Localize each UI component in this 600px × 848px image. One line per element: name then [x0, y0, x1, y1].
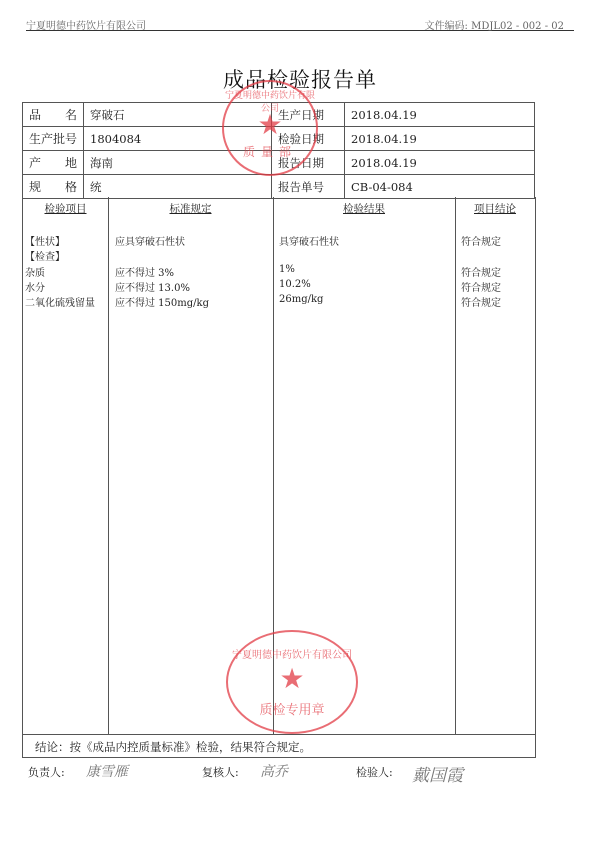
spec-label: 规 格 — [23, 175, 84, 199]
star-icon: ★ — [257, 108, 282, 141]
column-header-standard: 标准规定 — [108, 201, 273, 216]
column-divider — [108, 197, 109, 734]
row-standard: 应具穿破石性状 — [115, 233, 185, 248]
star-icon: ★ — [279, 662, 304, 695]
row-conclusion: 符合规定 — [461, 279, 501, 294]
row-standard: 应不得过 3% — [115, 264, 174, 279]
row-standard: 应不得过 13.0% — [115, 279, 190, 294]
column-header-result: 检验结果 — [273, 201, 455, 216]
row-result: 具穿破石性状 — [279, 233, 339, 248]
test-date-value: 2018.04.19 — [345, 127, 535, 151]
inspector-label: 检验人: — [356, 764, 393, 780]
row-item: 二氧化硫残留量 — [25, 294, 95, 309]
product-name-label: 品 名 — [23, 103, 84, 127]
row-result: 1% — [279, 264, 295, 275]
responsible-label: 负责人: — [28, 764, 65, 780]
quality-dept-stamp: 宁夏明德中药饮片有限公司 ★ 质量部 — [222, 80, 318, 176]
conclusion-text: 结论：按《成品内控质量标准》检验，结果符合规定。 — [35, 739, 311, 755]
inspector-signature: 戴国霞 — [412, 761, 463, 786]
row-item: 【性状】 — [25, 233, 65, 248]
stamp-center-text: 质检专用章 — [228, 699, 356, 718]
production-date-value: 2018.04.19 — [345, 103, 535, 127]
row-item: 【检查】 — [25, 248, 65, 263]
row-result: 26mg/kg — [279, 294, 323, 305]
stamp-ring-text: 宁夏明德中药饮片有限公司 — [228, 646, 356, 661]
reviewer-label: 复核人: — [202, 764, 239, 780]
column-divider — [455, 197, 456, 734]
document-code: 文件编码: MDJL02 - 002 - 02 — [425, 17, 564, 32]
conclusion-row: 结论：按《成品内控质量标准》检验，结果符合规定。 — [22, 734, 536, 758]
column-header-item: 检验项目 — [23, 201, 108, 216]
column-header-conclusion: 项目结论 — [455, 201, 535, 216]
row-item: 杂质 — [25, 264, 45, 279]
report-number-label: 报告单号 — [272, 175, 345, 199]
row-conclusion: 符合规定 — [461, 233, 501, 248]
stamp-center-text: 质量部 — [224, 143, 316, 160]
report-number-value: CB-04-084 — [345, 175, 535, 199]
row-conclusion: 符合规定 — [461, 294, 501, 309]
qc-seal-stamp: 宁夏明德中药饮片有限公司 ★ 质检专用章 — [226, 630, 358, 734]
company-name: 宁夏明德中药饮片有限公司 — [26, 17, 146, 32]
report-date-value: 2018.04.19 — [345, 151, 535, 175]
row-item: 水分 — [25, 279, 45, 294]
row-standard: 应不得过 150mg/kg — [115, 294, 209, 309]
page-header: 宁夏明德中药饮片有限公司 文件编码: MDJL02 - 002 - 02 — [26, 14, 574, 31]
origin-label: 产 地 — [23, 151, 84, 175]
row-conclusion: 符合规定 — [461, 264, 501, 279]
spec-value: 统 — [84, 175, 272, 199]
batch-label: 生产批号 — [23, 127, 84, 151]
row-result: 10.2% — [279, 279, 311, 290]
reviewer-signature: 高乔 — [260, 761, 288, 781]
responsible-signature: 康雪雁 — [86, 761, 128, 781]
